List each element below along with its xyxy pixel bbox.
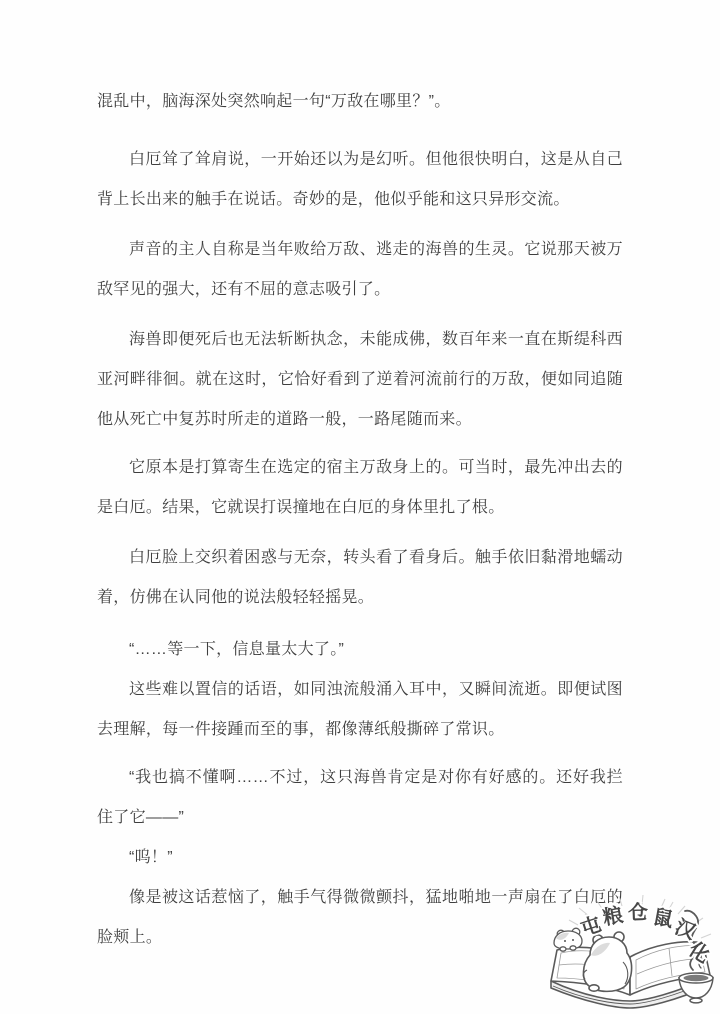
paragraph-3: 声音的主人自称是当年败给万敌、逃走的海兽的生灵。它说那天被万敌罕见的强大，还有不… [97,230,623,310]
paragraph-1: 混乱中，脑海深处突然响起一句“万敌在哪里？”。 [97,82,623,122]
paragraph-4: 海兽即便死后也无法斩断执念，未能成佛，数百年来一直在斯缇科西亚河畔徘徊。就在这时… [97,320,623,440]
teacup-icon [679,973,713,1003]
watermark-illustration: 屯 粮 仓 鼠 汉 化 [545,894,720,1014]
paragraph-6: 白厄脸上交织着困惑与无奈，转头看了看身后。触手依旧黏滑地蠕动着，仿佛在认同他的说… [97,538,623,618]
paragraph-8: 这些难以置信的话语，如同浊流般涌入耳中，又瞬间流逝。即便试图去理解，每一件接踵而… [97,670,623,750]
paragraph-9-dialogue: “我也搞不懂啊……不过，这只海兽肯定是对你有好感的。还好我拦住了它——” [97,758,623,838]
watermark-char-3: 仓 [628,900,649,925]
paragraph-2: 白厄耸了耸肩说，一开始还以为是幻听。但他很快明白，这是从自己背上长出来的触手在说… [97,140,623,220]
paragraph-5: 它原本是打算寄生在选定的宿主万敌身上的。可当时，最先冲出去的是白厄。结果，它就误… [97,448,623,528]
watermark-char-4: 鼠 [651,904,675,931]
peeking-hamster-icon [554,928,582,951]
novel-page: 混乱中，脑海深处突然响起一句“万敌在哪里？”。 白厄耸了耸肩说，一开始还以为是幻… [0,0,720,1014]
body-text: 混乱中，脑海深处突然响起一句“万敌在哪里？”。 白厄耸了耸肩说，一开始还以为是幻… [97,82,623,958]
paragraph-10-dialogue: “呜！” [97,838,623,878]
paragraph-7-dialogue: “……等一下，信息量太大了。” [97,630,623,670]
reading-hamster-icon [583,932,631,991]
watermark-char-2: 粮 [601,902,625,929]
translation-group-watermark: 屯 粮 仓 鼠 汉 化 [545,894,720,1014]
